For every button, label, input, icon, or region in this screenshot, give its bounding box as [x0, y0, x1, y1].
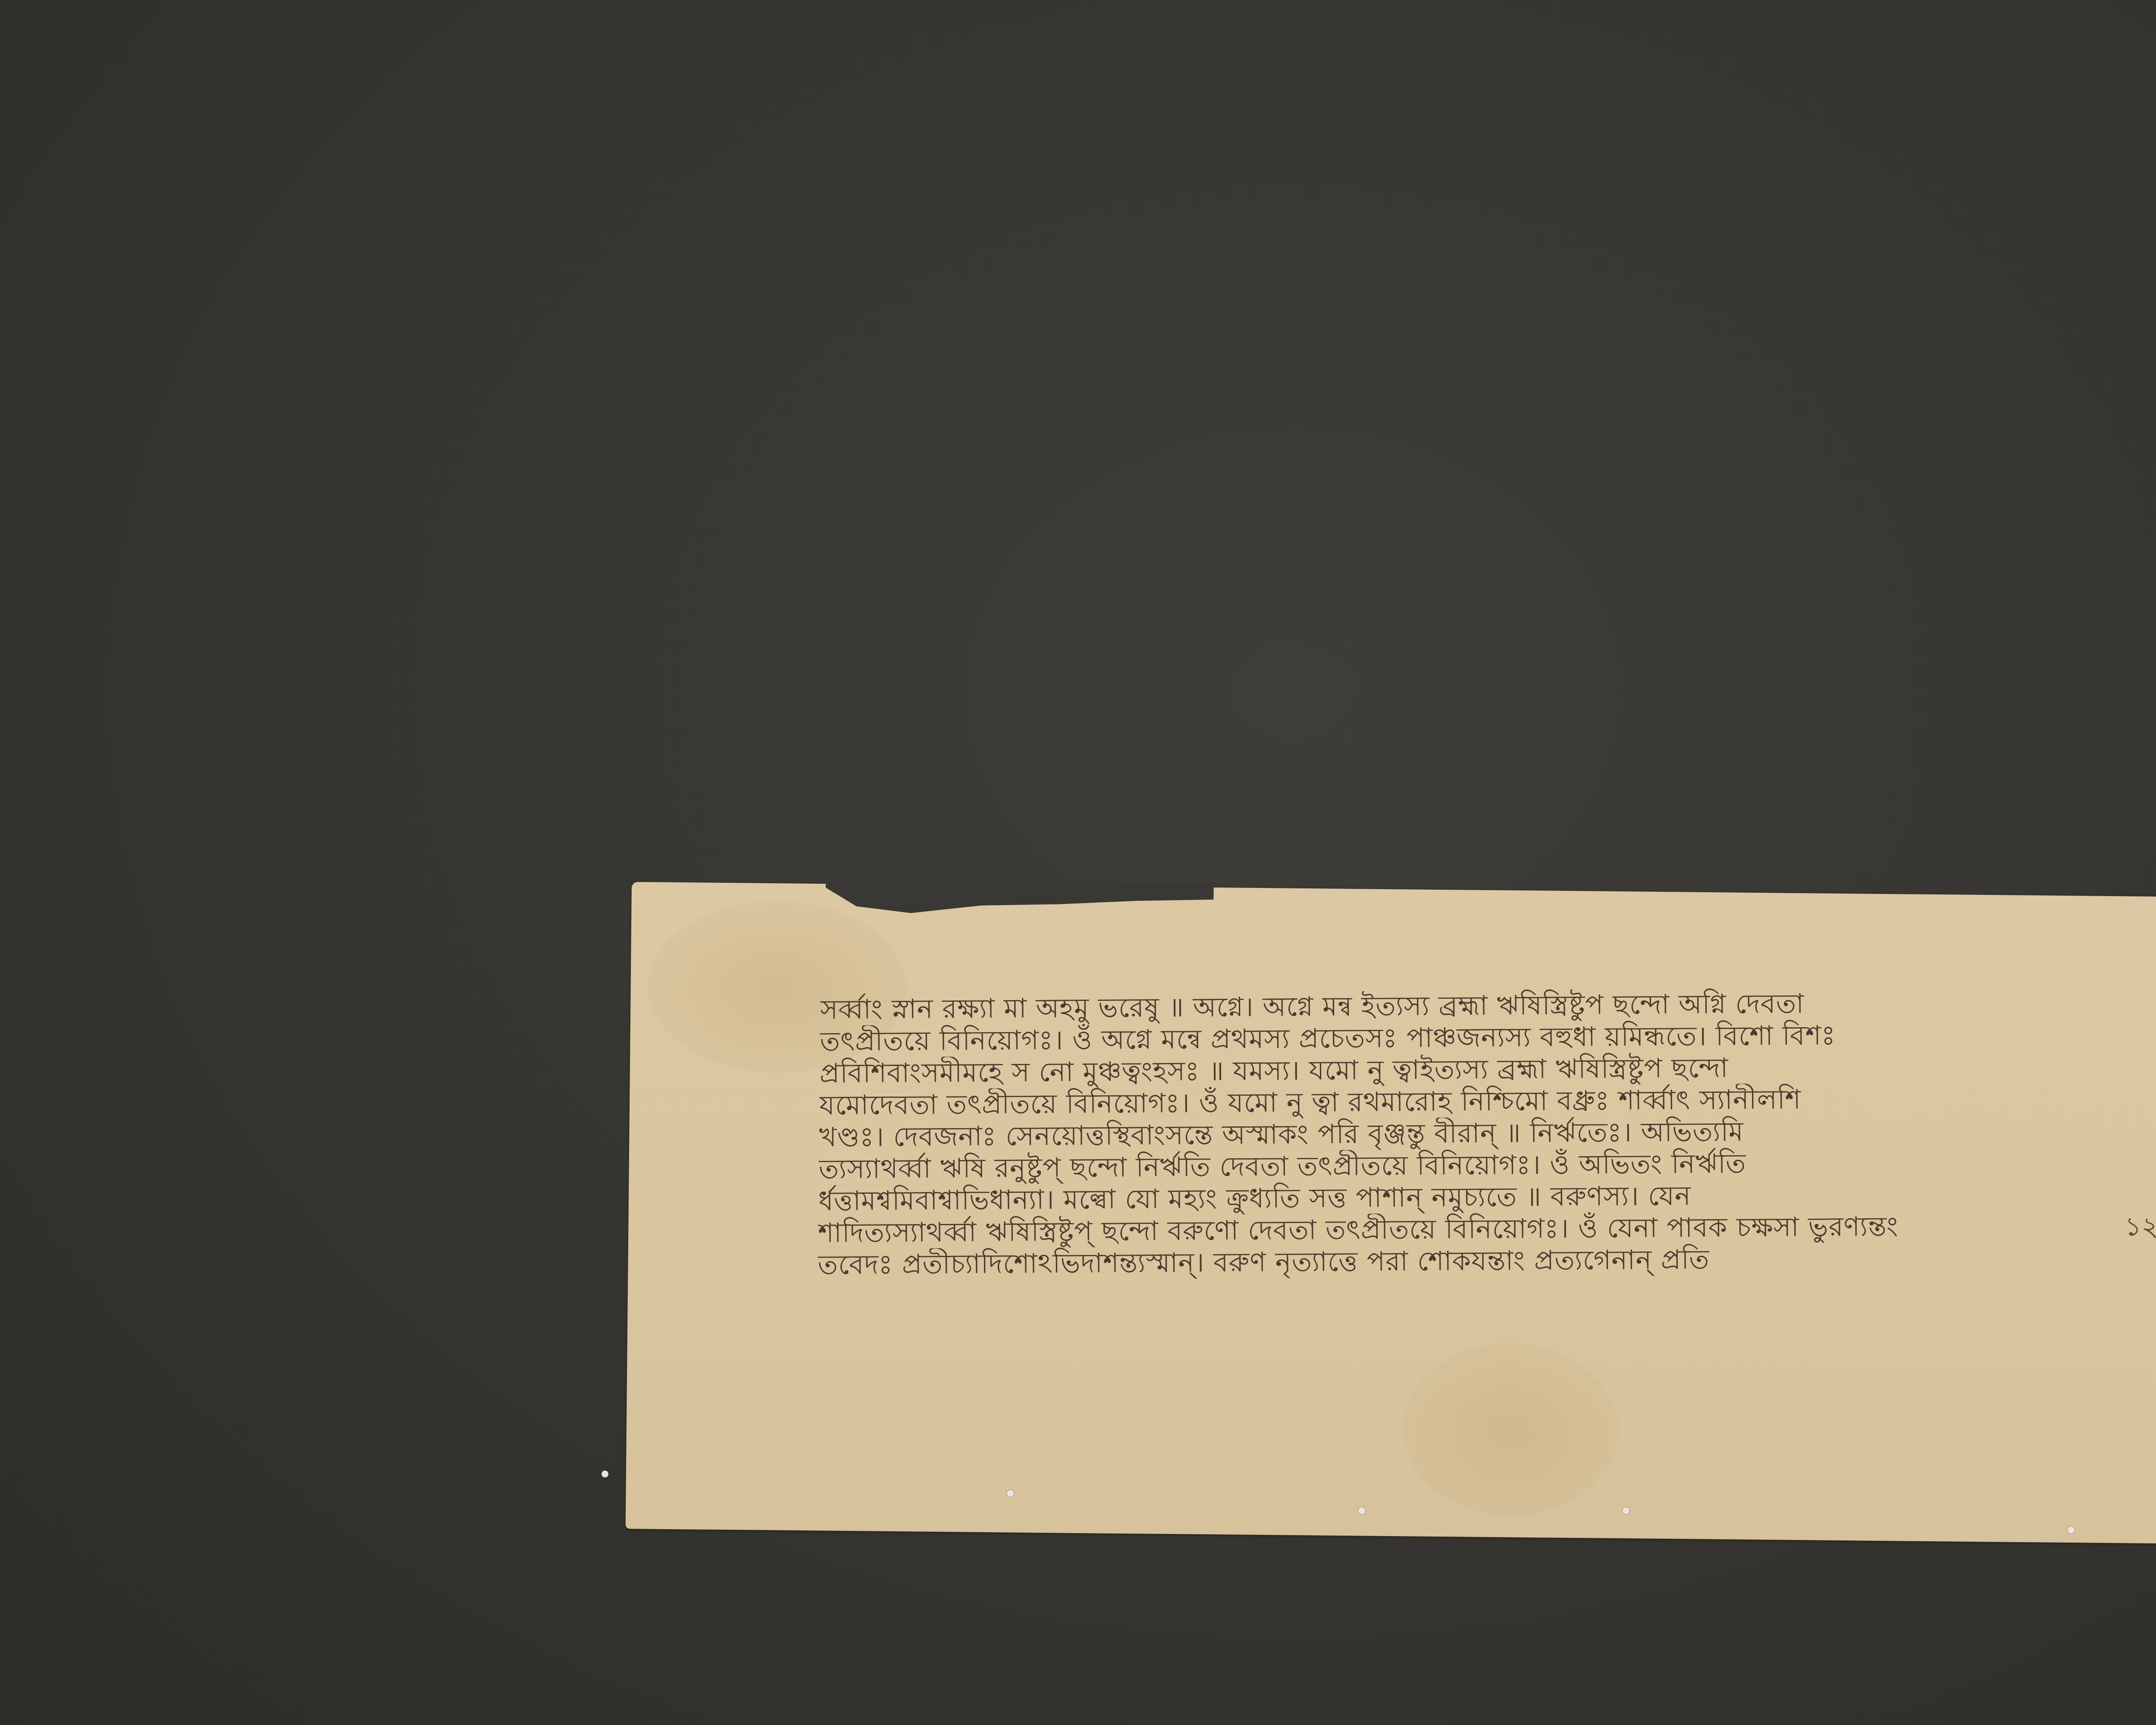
- mount-pin: [2068, 1527, 2075, 1534]
- mount-pin: [602, 1471, 608, 1477]
- manuscript-text: সর্ব্বাং স্নান রক্ষ্যা মা অহমু ভরেষু ॥ অ…: [818, 994, 2071, 1293]
- mount-pin: [1358, 1507, 1365, 1514]
- water-stain: [1402, 1342, 1619, 1517]
- torn-edge: [825, 879, 1214, 924]
- mount-pin: [1007, 1490, 1014, 1497]
- mount-pin: [1623, 1507, 1630, 1514]
- folio-number: ১২: [2125, 1207, 2156, 1250]
- manuscript-leaf: সর্ব্বাং স্নান রক্ষ্যা মা অহমু ভরেষু ॥ অ…: [626, 882, 2156, 1544]
